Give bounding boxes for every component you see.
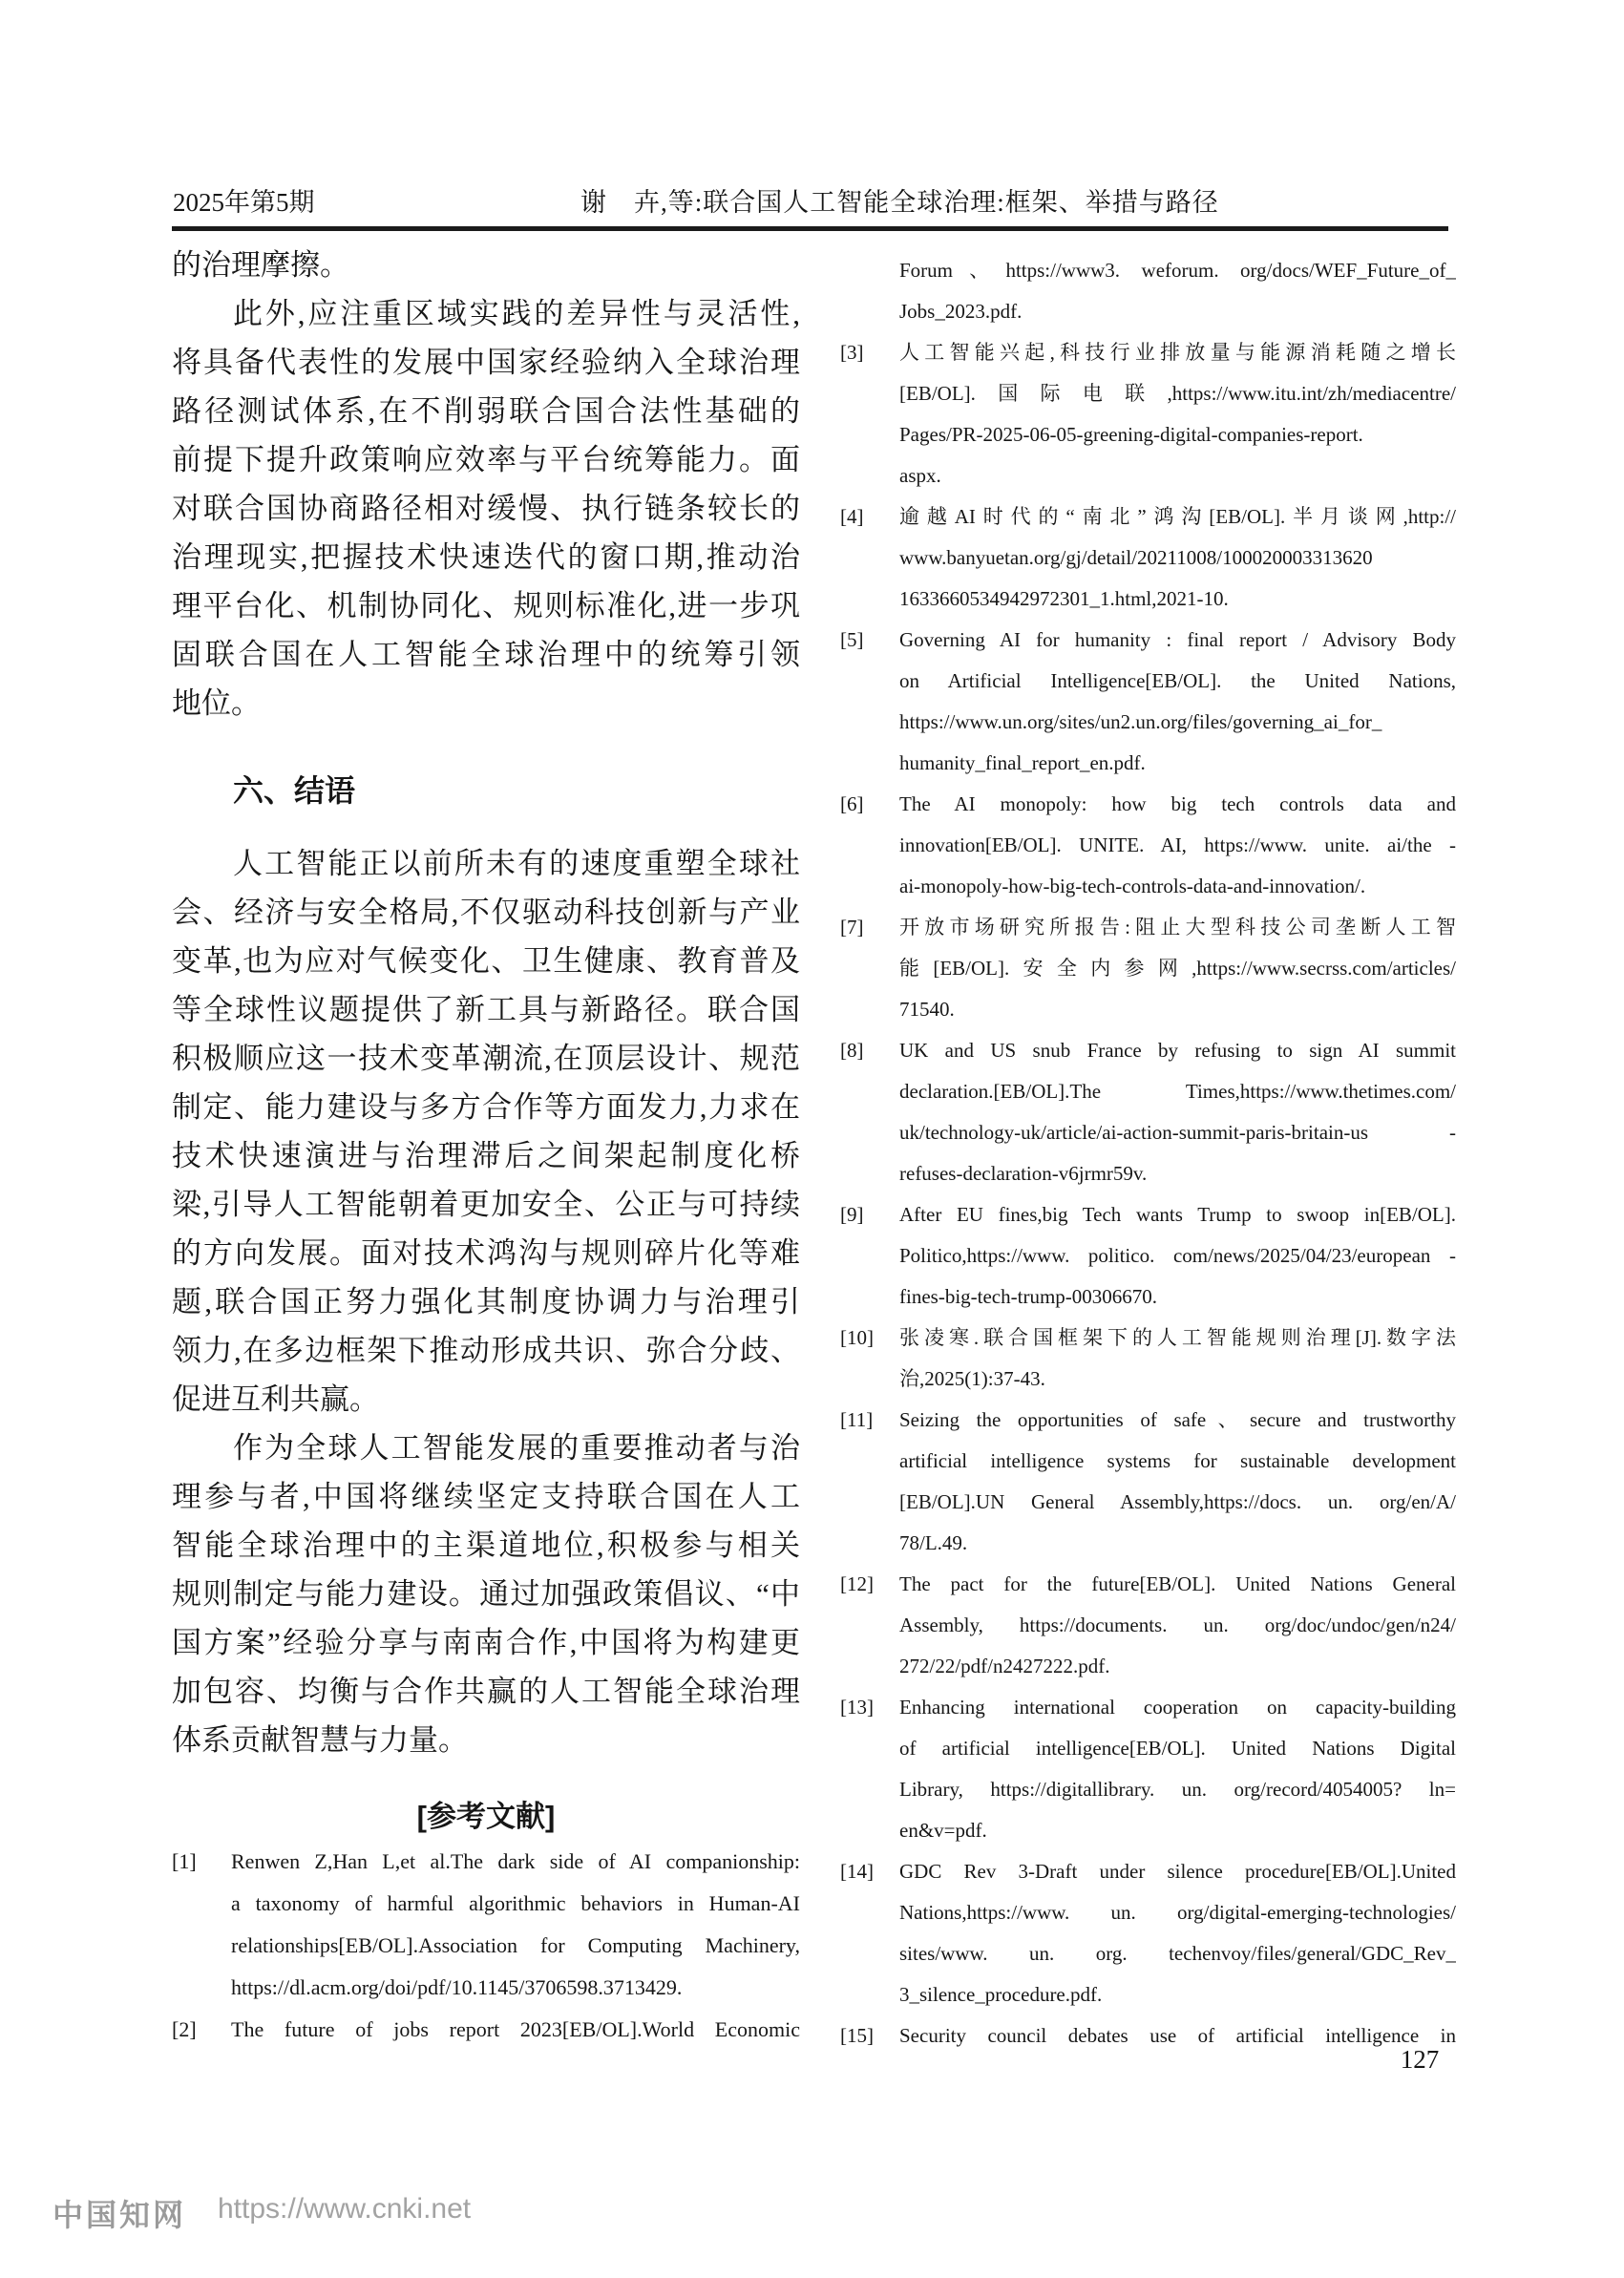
reference-line: www.banyuetan.org/gj/detail/20211008/100…	[899, 538, 1456, 579]
reference-line: After EU fines,big Tech wants Trump to s…	[899, 1194, 1456, 1235]
reference-line: [EB/OL].UN General Assembly,https://docs…	[899, 1482, 1456, 1523]
journal-page: 2025年第5期 谢 卉,等:联合国人工智能全球治理:框架、举措与路径 的治理摩…	[0, 0, 1624, 2278]
text-line: 理参与者,中国将继续坚定支持联合国在人工	[172, 1472, 800, 1521]
reference-number: [4]	[840, 496, 864, 538]
reference-number: [12]	[840, 1564, 874, 1605]
reference-item: [10]张凌寒.联合国框架下的人工智能规则治理[J].数字法治,2025(1):…	[840, 1318, 1456, 1400]
reference-line: The AI monopoly: how big tech controls d…	[899, 784, 1456, 825]
reference-line: en&v=pdf.	[899, 1810, 1456, 1851]
reference-line: 开放市场研究所报告:阻止大型科技公司垄断人工智	[899, 907, 1456, 948]
cnki-logo-text: 中国知网	[53, 2191, 186, 2235]
reference-line: of artificial intelligence[EB/OL]. Unite…	[899, 1728, 1456, 1769]
reference-item: Forum、https://www3. weforum. org/docs/WE…	[840, 250, 1456, 332]
reference-number: [10]	[840, 1318, 874, 1359]
reference-line: https://www.un.org/sites/un2.un.org/file…	[899, 702, 1456, 743]
reference-line: The pact for the future[EB/OL]. United N…	[899, 1564, 1456, 1605]
reference-line: on Artificial Intelligence[EB/OL]. the U…	[899, 661, 1456, 702]
reference-line: Renwen Z,Han L,et al.The dark side of AI…	[231, 1841, 800, 1883]
reference-number: [14]	[840, 1851, 874, 1892]
reference-line: fines-big-tech-trump-00306670.	[899, 1276, 1456, 1318]
reference-item: [12]The pact for the future[EB/OL]. Unit…	[840, 1564, 1456, 1687]
reference-item: [3]人工智能兴起,科技行业排放量与能源消耗随之增长[EB/OL].国际电联,h…	[840, 332, 1456, 496]
reference-line: 逾越AI时代的“南北”鸿沟[EB/OL].半月谈网,http://	[899, 496, 1456, 538]
text-line: 理平台化、机制协同化、规则标准化,进一步巩	[172, 581, 800, 630]
reference-item: [8]UK and US snub France by refusing to …	[840, 1030, 1456, 1194]
text-line: 规则制定与能力建设。通过加强政策倡议、“中	[172, 1570, 800, 1618]
reference-line: uk/technology-uk/article/ai-action-summi…	[899, 1112, 1456, 1153]
reference-item: [6]The AI monopoly: how big tech control…	[840, 784, 1456, 907]
reference-line: Assembly, https://documents. un. org/doc…	[899, 1605, 1456, 1646]
reference-line: declaration.[EB/OL].The Times,https://ww…	[899, 1071, 1456, 1112]
reference-line: a taxonomy of harmful algorithmic behavi…	[231, 1883, 800, 1925]
reference-line: Nations,https://www. un. org/digital-eme…	[899, 1892, 1456, 1933]
reference-item: [14]GDC Rev 3-Draft under silence proced…	[840, 1851, 1456, 2015]
reference-line: Pages/PR-2025-06-05-greening-digital-com…	[899, 414, 1456, 455]
reference-line: sites/www. un. org. techenvoy/files/gene…	[899, 1933, 1456, 1974]
text-line: 地位。	[172, 679, 800, 728]
reference-line: Seizing the opportunities of safe、secure…	[899, 1400, 1456, 1441]
reference-line: 71540.	[899, 989, 1456, 1030]
paragraph: 人工智能正以前所未有的速度重塑全球社会、经济与安全格局,不仅驱动科技创新与产业变…	[172, 839, 800, 1424]
reference-line: GDC Rev 3-Draft under silence procedure[…	[899, 1851, 1456, 1892]
text-line: 加包容、均衡与合作共赢的人工智能全球治理	[172, 1667, 800, 1716]
reference-line: innovation[EB/OL]. UNITE. AI, https://ww…	[899, 825, 1456, 866]
paragraph: 作为全球人工智能发展的重要推动者与治理参与者,中国将继续坚定支持联合国在人工智能…	[172, 1424, 800, 1764]
reference-line: Enhancing international cooperation on c…	[899, 1687, 1456, 1728]
text-line: 的治理摩擦。	[172, 241, 800, 289]
text-line: 此外,应注重区域实践的差异性与灵活性,	[172, 289, 800, 338]
paragraph: 的治理摩擦。	[172, 241, 800, 289]
reference-item: [4]逾越AI时代的“南北”鸿沟[EB/OL].半月谈网,http://www.…	[840, 496, 1456, 620]
reference-line: Library, https://digitallibrary. un. org…	[899, 1769, 1456, 1810]
reference-line: 能[EB/OL].安全内参网,https://www.secrss.com/ar…	[899, 948, 1456, 989]
reference-number: [6]	[840, 784, 864, 825]
reference-number: [15]	[840, 2015, 874, 2057]
reference-line: Governing AI for humanity : final report…	[899, 620, 1456, 661]
reference-line: 人工智能兴起,科技行业排放量与能源消耗随之增长	[899, 332, 1456, 373]
text-line: 对联合国协商路径相对缓慢、执行链条较长的	[172, 484, 800, 533]
reference-number: [11]	[840, 1400, 873, 1441]
reference-number: [9]	[840, 1194, 864, 1235]
reference-line: Jobs_2023.pdf.	[899, 291, 1456, 332]
text-line: 体系贡献智慧与力量。	[172, 1716, 800, 1764]
reference-item: [2]The future of jobs report 2023[EB/OL]…	[172, 2009, 800, 2051]
text-line: 技术快速演进与治理滞后之间架起制度化桥	[172, 1131, 800, 1180]
reference-line: 78/L.49.	[899, 1523, 1456, 1564]
reference-item: [13]Enhancing international cooperation …	[840, 1687, 1456, 1851]
right-column: Forum、https://www3. weforum. org/docs/WE…	[840, 241, 1456, 2057]
reference-line: https://dl.acm.org/doi/pdf/10.1145/37065…	[231, 1967, 800, 2009]
text-line: 梁,引导人工智能朝着更加安全、公正与可持续	[172, 1180, 800, 1229]
reference-number: [8]	[840, 1030, 864, 1071]
reference-line: Politico,https://www. politico. com/news…	[899, 1235, 1456, 1276]
header-issue-label: 2025年第5期	[173, 181, 315, 219]
reference-number: [2]	[172, 2009, 197, 2051]
reference-line: ai-monopoly-how-big-tech-controls-data-a…	[899, 866, 1456, 907]
text-line: 的方向发展。面对技术鸿沟与规则碎片化等难	[172, 1229, 800, 1277]
text-line: 会、经济与安全格局,不仅驱动科技创新与产业	[172, 888, 800, 937]
text-line: 固联合国在人工智能全球治理中的统筹引领	[172, 630, 800, 679]
reference-line: humanity_final_report_en.pdf.	[899, 743, 1456, 784]
reference-line: The future of jobs report 2023[EB/OL].Wo…	[231, 2009, 800, 2051]
text-line: 题,联合国正努力强化其制度协调力与治理引	[172, 1277, 800, 1326]
text-line: 将具备代表性的发展中国家经验纳入全球治理	[172, 338, 800, 387]
reference-number: [1]	[172, 1841, 197, 1883]
text-line: 人工智能正以前所未有的速度重塑全球社	[172, 839, 800, 888]
reference-item: [1]Renwen Z,Han L,et al.The dark side of…	[172, 1841, 800, 2009]
text-line: 路径测试体系,在不削弱联合国合法性基础的	[172, 387, 800, 435]
reference-line: relationships[EB/OL].Association for Com…	[231, 1925, 800, 1967]
reference-line: UK and US snub France by refusing to sig…	[899, 1030, 1456, 1071]
reference-item: [9]After EU fines,big Tech wants Trump t…	[840, 1194, 1456, 1318]
text-line: 前提下提升政策响应效率与平台统筹能力。面	[172, 435, 800, 484]
references-heading: [参考文献]	[172, 1792, 800, 1841]
reference-item: [11]Seizing the opportunities of safe、se…	[840, 1400, 1456, 1564]
text-line: 积极顺应这一技术变革潮流,在顶层设计、规范	[172, 1034, 800, 1083]
reference-number: [5]	[840, 620, 864, 661]
reference-item: [7]开放市场研究所报告:阻止大型科技公司垄断人工智能[EB/OL].安全内参网…	[840, 907, 1456, 1030]
left-column: 的治理摩擦。此外,应注重区域实践的差异性与灵活性,将具备代表性的发展中国家经验纳…	[172, 241, 800, 2051]
cnki-url-watermark: https://www.cnki.net	[218, 2193, 471, 2225]
reference-item: [15]Security council debates use of arti…	[840, 2015, 1456, 2057]
text-line: 国方案”经验分享与南南合作,中国将为构建更	[172, 1618, 800, 1667]
reference-number: [7]	[840, 907, 864, 948]
section-heading: 六、结语	[233, 767, 800, 815]
reference-line: 3_silence_procedure.pdf.	[899, 1974, 1456, 2015]
text-line: 作为全球人工智能发展的重要推动者与治	[172, 1424, 800, 1472]
reference-line: artificial intelligence systems for sust…	[899, 1441, 1456, 1482]
reference-item: [5]Governing AI for humanity : final rep…	[840, 620, 1456, 784]
text-line: 制定、能力建设与多方合作等方面发力,力求在	[172, 1083, 800, 1131]
page-number: 127	[1372, 2045, 1467, 2075]
reference-line: aspx.	[899, 455, 1456, 496]
reference-number: [3]	[840, 332, 864, 373]
reference-line: 张凌寒.联合国框架下的人工智能规则治理[J].数字法	[899, 1318, 1456, 1359]
reference-line: 治,2025(1):37-43.	[899, 1359, 1456, 1400]
paragraph: 此外,应注重区域实践的差异性与灵活性,将具备代表性的发展中国家经验纳入全球治理路…	[172, 289, 800, 728]
reference-line: refuses-declaration-v6jrmr59v.	[899, 1153, 1456, 1194]
header-running-title: 谢 卉,等:联合国人工智能全球治理:框架、举措与路径	[580, 181, 1219, 219]
reference-line: 272/22/pdf/n2427222.pdf.	[899, 1646, 1456, 1687]
text-line: 治理现实,把握技术快速迭代的窗口期,推动治	[172, 533, 800, 581]
text-line: 变革,也为应对气候变化、卫生健康、教育普及	[172, 937, 800, 985]
reference-number: [13]	[840, 1687, 874, 1728]
text-line: 等全球性议题提供了新工具与新路径。联合国	[172, 985, 800, 1034]
text-line: 智能全球治理中的主渠道地位,积极参与相关	[172, 1521, 800, 1570]
reference-line: [EB/OL].国际电联,https://www.itu.int/zh/medi…	[899, 373, 1456, 414]
text-line: 促进互利共赢。	[172, 1375, 800, 1424]
reference-line: 1633660534942972301_1.html,2021-10.	[899, 579, 1456, 620]
reference-line: Forum、https://www3. weforum. org/docs/WE…	[899, 250, 1456, 291]
text-line: 领力,在多边框架下推动形成共识、弥合分歧、	[172, 1326, 800, 1375]
header-rule	[172, 226, 1448, 231]
